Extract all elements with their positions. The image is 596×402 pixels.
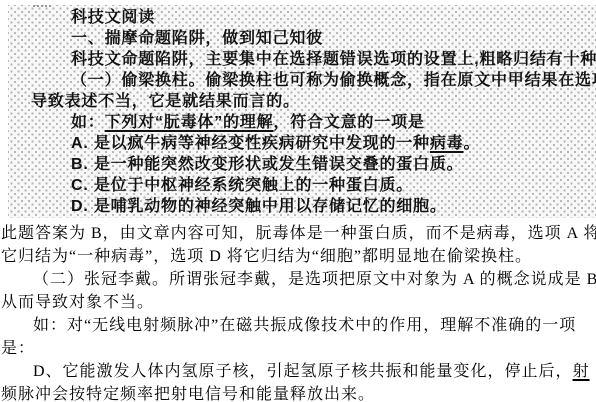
scan-text-line: （一）偷梁换柱。偷梁换柱也可称为偷换概念，指在原文中甲结果在选项 <box>31 70 596 91</box>
text-segment: 导致表述不当，它是就结果而言的。 <box>31 93 300 110</box>
underlined-text: 病毒 <box>430 135 464 152</box>
text-segment: 会按特定频率把射电信号和能量释放出来。 <box>52 386 375 402</box>
underlined-text: 下列对“朊毒体”的理解 <box>105 114 274 131</box>
page: { "scan": { "bg_color": "#f8f8f8", "dot_… <box>0 0 596 402</box>
text-segment: 如： <box>71 114 105 131</box>
answer-text-line: 频脉冲会按特定频率把射电信号和能量释放出来。 <box>1 383 596 402</box>
scan-text-line: B. 是一种能突然改变形状或发生错误交叠的蛋白质。 <box>31 154 596 175</box>
scan-text-line: A. 是以疯牛病等神经变性疾病研究中发现的一种病毒。 <box>31 133 596 154</box>
underlined-text: 频脉冲 <box>1 386 52 402</box>
scan-text-line: 科技文命题陷阱，主要集中在选择题错误选项的设置上,粗略归结有十种 <box>31 49 596 70</box>
answer-text-line: 如：对“无线电射频脉冲”在磁共振成像技术中的作用，理解不准确的一项 <box>1 314 596 337</box>
text-segment: 一、揣摩命题陷阱，做到知己知彼 <box>71 30 323 47</box>
text-segment: 如：对“无线电射频脉冲”在磁共振成像技术中的作用，理解不准确的一项 <box>33 317 576 334</box>
answer-text-line: 是： <box>1 337 596 360</box>
scanned-document-image: 科技文阅读一、揣摩命题陷阱，做到知己知彼科技文命题陷阱，主要集中在选择题错误选项… <box>8 5 596 218</box>
answer-text-line: 从而导致对象不当。 <box>1 291 596 314</box>
text-segment: 。 <box>463 135 480 152</box>
scan-text-line: 科技文阅读 <box>31 7 596 28</box>
underlined-text: 射 <box>573 363 590 380</box>
answer-text-line: （二）张冠李戴。所谓张冠李戴，是选项把原文中对象为 A 的概念说成是 B， <box>1 268 596 291</box>
scan-speck-artifact <box>33 5 51 7</box>
answer-text-line: 此题答案为 B，由文章内容可知，朊毒体是一种蛋白质，而不是病毒，选项 A 将 <box>1 222 596 245</box>
text-segment: 科技文命题陷阱，主要集中在选择题错误选项的设置上,粗略归结有十种 <box>71 51 596 68</box>
text-segment: 是： <box>1 340 35 357</box>
answer-commentary: 此题答案为 B，由文章内容可知，朊毒体是一种蛋白质，而不是病毒，选项 A 将它归… <box>0 218 596 402</box>
text-segment: 它归结为“一种病毒”，选项 D 将它归结为“细胞”都明显地在偷梁换柱。 <box>1 248 532 265</box>
text-segment: （一）偷梁换柱。偷梁换柱也可称为偷换概念，指在原文中甲结果在选项 <box>71 72 596 89</box>
text-segment: D、它能激发人体内氢原子核，引起氢原子核共振和能量变化，停止后， <box>33 363 573 380</box>
answer-text-line: 它归结为“一种病毒”，选项 D 将它归结为“细胞”都明显地在偷梁换柱。 <box>1 245 596 268</box>
text-segment: 此题答案为 B，由文章内容可知，朊毒体是一种蛋白质，而不是病毒，选项 A 将 <box>1 225 596 242</box>
scan-text-line: 导致表述不当，它是就结果而言的。 <box>31 91 596 112</box>
scan-text-line: C. 是位于中枢神经系统突触上的一种蛋白质。 <box>31 175 596 196</box>
text-segment: （二）张冠李戴。所谓张冠李戴，是选项把原文中对象为 A 的概念说成是 B， <box>33 271 596 288</box>
scan-text-line: 一、揣摩命题陷阱，做到知己知彼 <box>31 28 596 49</box>
text-segment: C. 是位于中枢神经系统突触上的一种蛋白质。 <box>71 177 413 194</box>
answer-text-line: D、它能激发人体内氢原子核，引起氢原子核共振和能量变化，停止后，射 <box>1 360 596 383</box>
text-segment: 科技文阅读 <box>71 9 155 26</box>
scan-text-line: 如：下列对“朊毒体”的理解，符合文意的一项是 <box>31 112 596 133</box>
text-segment: A. 是以疯牛病等神经变性疾病研究中发现的一种 <box>71 135 430 152</box>
text-segment: D. 是哺乳动物的神经突触中用以存储记忆的细胞。 <box>71 198 447 215</box>
scan-text-line: D. 是哺乳动物的神经突触中用以存储记忆的细胞。 <box>31 196 596 217</box>
text-segment: B. 是一种能突然改变形状或发生错误交叠的蛋白质。 <box>71 156 463 173</box>
text-segment: ，符合文意的一项是 <box>273 114 424 131</box>
text-segment: 从而导致对象不当。 <box>1 294 154 311</box>
